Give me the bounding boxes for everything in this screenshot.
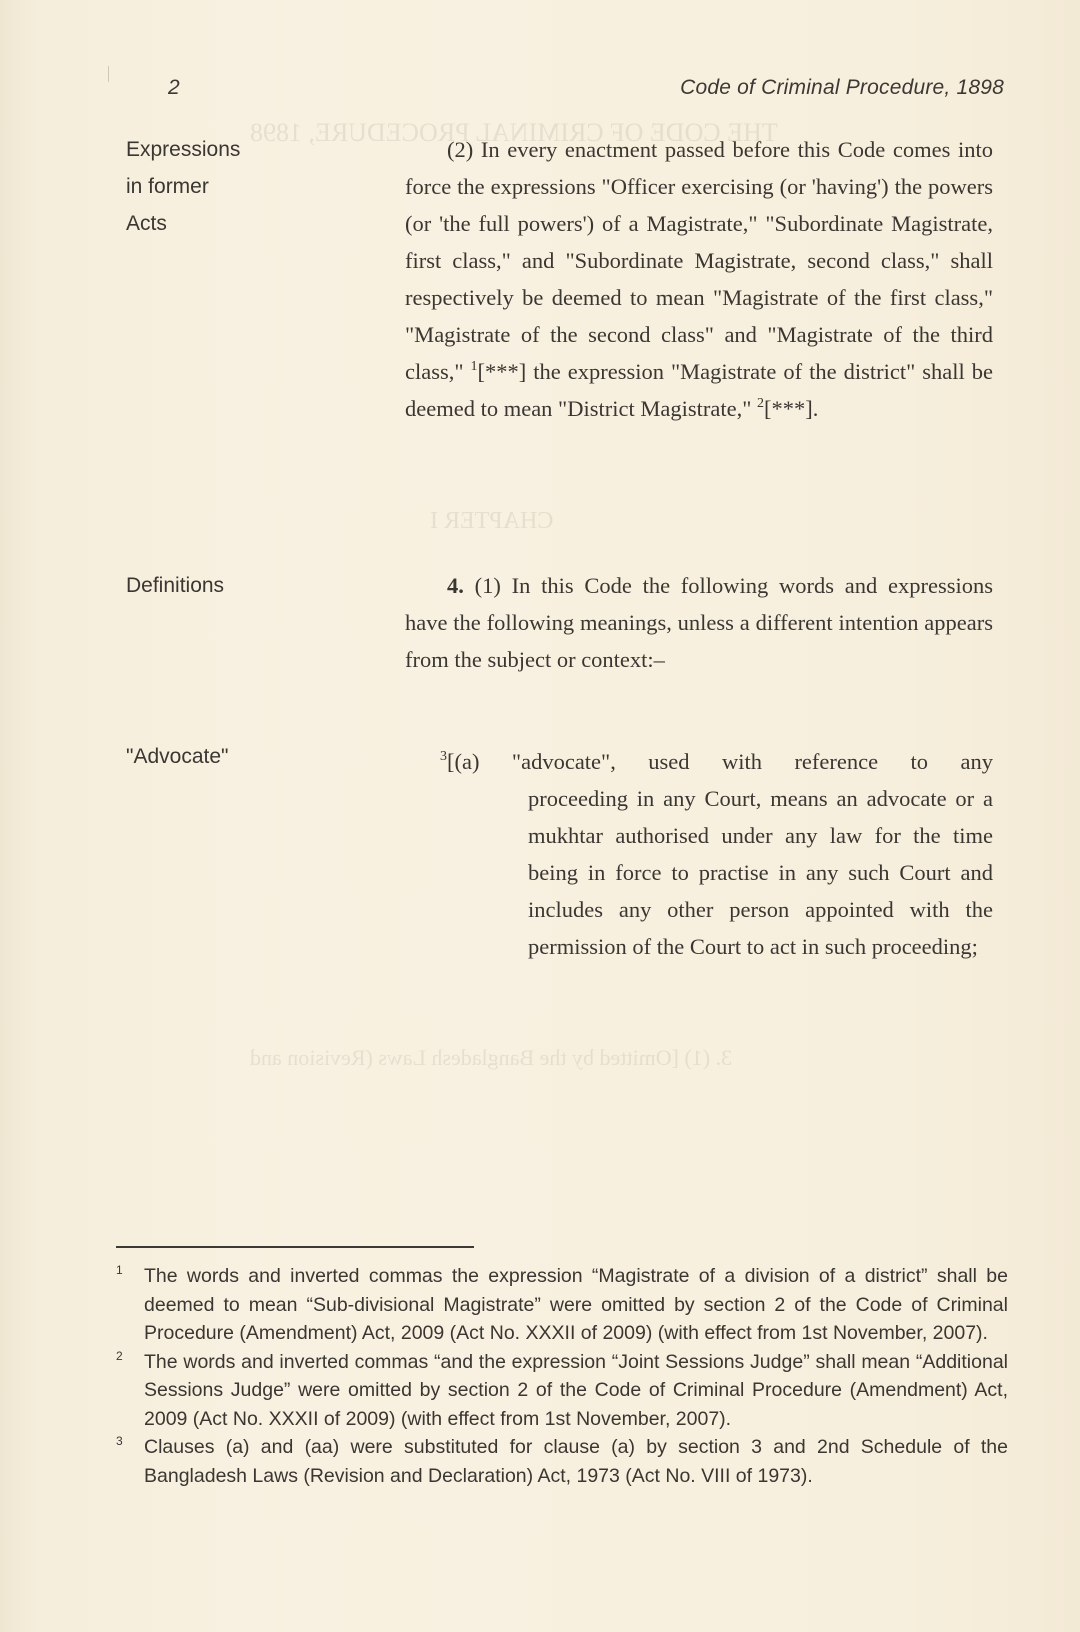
footnote-divider [116,1246,474,1248]
bleed-through-text: 3. (1) [Omitted by the Bangladesh Laws (… [250,1045,732,1071]
footnote-ref-3[interactable]: 3 [440,749,447,764]
clause-a-advocate: 3[(a) "advocate", used with reference to… [440,743,993,965]
footnote-ref-2[interactable]: 2 [757,396,764,411]
margin-note-line: "Advocate" [126,738,276,775]
omission-marker: [***] [478,359,527,384]
footnote-3: 3 Clauses (a) and (aa) were substituted … [116,1433,1008,1490]
footnote-text: The words and inverted commas the expres… [144,1265,1008,1344]
footnote-text: The words and inverted commas “and the e… [144,1351,1008,1430]
margin-note: Expressions in former Acts [126,131,276,242]
margin-note-line: Definitions [126,567,276,604]
page-number: 2 [168,76,180,100]
section-number: 4. [447,573,464,598]
bleed-through-text: CHAPTER I [430,508,553,535]
document-page: THE CODE OF CRIMINAL PROCEDURE, 1898 CHA… [0,0,1080,1632]
margin-note-line: in former [126,168,276,205]
margin-note-line: Expressions [126,131,276,168]
running-head: 2 Code of Criminal Procedure, 1898 [0,76,1080,106]
paragraph-section-4-1: 4. (1) In this Code the following words … [405,567,993,678]
omission-marker: [***]. [764,396,818,421]
footnote-text: Clauses (a) and (aa) were substituted fo… [144,1436,1008,1487]
margin-note: Definitions [126,567,276,604]
paragraph-text: (2) In every enactment passed before thi… [405,137,993,384]
footnote-marker: 1 [116,1256,123,1285]
footnote-2: 2 The words and inverted commas “and the… [116,1348,1008,1434]
clause-continuation: proceeding in any Court, means an advoca… [528,780,993,965]
margin-note-line: Acts [126,205,276,242]
footnotes: 1 The words and inverted commas the expr… [116,1262,1008,1490]
footnote-marker: 2 [116,1342,123,1371]
margin-note: "Advocate" [126,738,276,775]
clause-text: [(a) "advocate", used with reference to … [447,749,993,774]
paragraph-section-3-2: (2) In every enactment passed before thi… [405,131,993,427]
running-title: Code of Criminal Procedure, 1898 [680,76,1004,100]
clause-first-line: 3[(a) "advocate", used with reference to… [440,743,993,780]
paragraph-text: (1) In this Code the following words and… [405,573,993,672]
footnote-ref-1[interactable]: 1 [471,359,478,374]
footnote-1: 1 The words and inverted commas the expr… [116,1262,1008,1348]
footnote-marker: 3 [116,1427,123,1456]
